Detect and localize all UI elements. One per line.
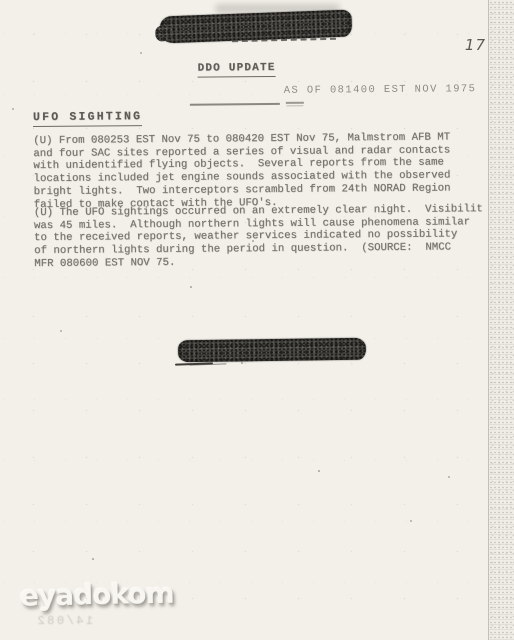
embossed-watermark: eyadokom [20,577,174,613]
paragraph-ufo-report: (U) From 080253 EST Nov 75 to 080420 EST… [33,131,451,211]
noise-speck [410,520,412,522]
scanned-document-page: 17 DDO UPDATE AS OF 081400 EST NOV 1975 … [0,0,514,640]
as-of-dateline: AS OF 081400 EST NOV 1975 [284,83,477,97]
dateline-dash-mark [286,102,304,104]
document-title: DDO UPDATE [198,62,276,78]
noise-speck [60,330,62,332]
noise-speck [190,286,192,288]
noise-speck [252,240,254,242]
noise-speck [12,108,14,110]
typed-content: DDO UPDATE AS OF 081400 EST NOV 1975 UFO… [0,0,514,640]
noise-speck [140,52,142,54]
section-heading: UFO SIGHTING [33,110,142,127]
dateline-underline [190,103,280,105]
mirrored-archive-code: 14/082 [35,614,93,628]
noise-speck [241,362,243,364]
noise-speck [318,470,320,472]
redaction-bar-middle [178,338,366,363]
noise-speck [92,558,94,560]
noise-speck [448,476,450,478]
paragraph-weather-note: (U) The UFO sightings occurred on an ext… [34,203,483,270]
